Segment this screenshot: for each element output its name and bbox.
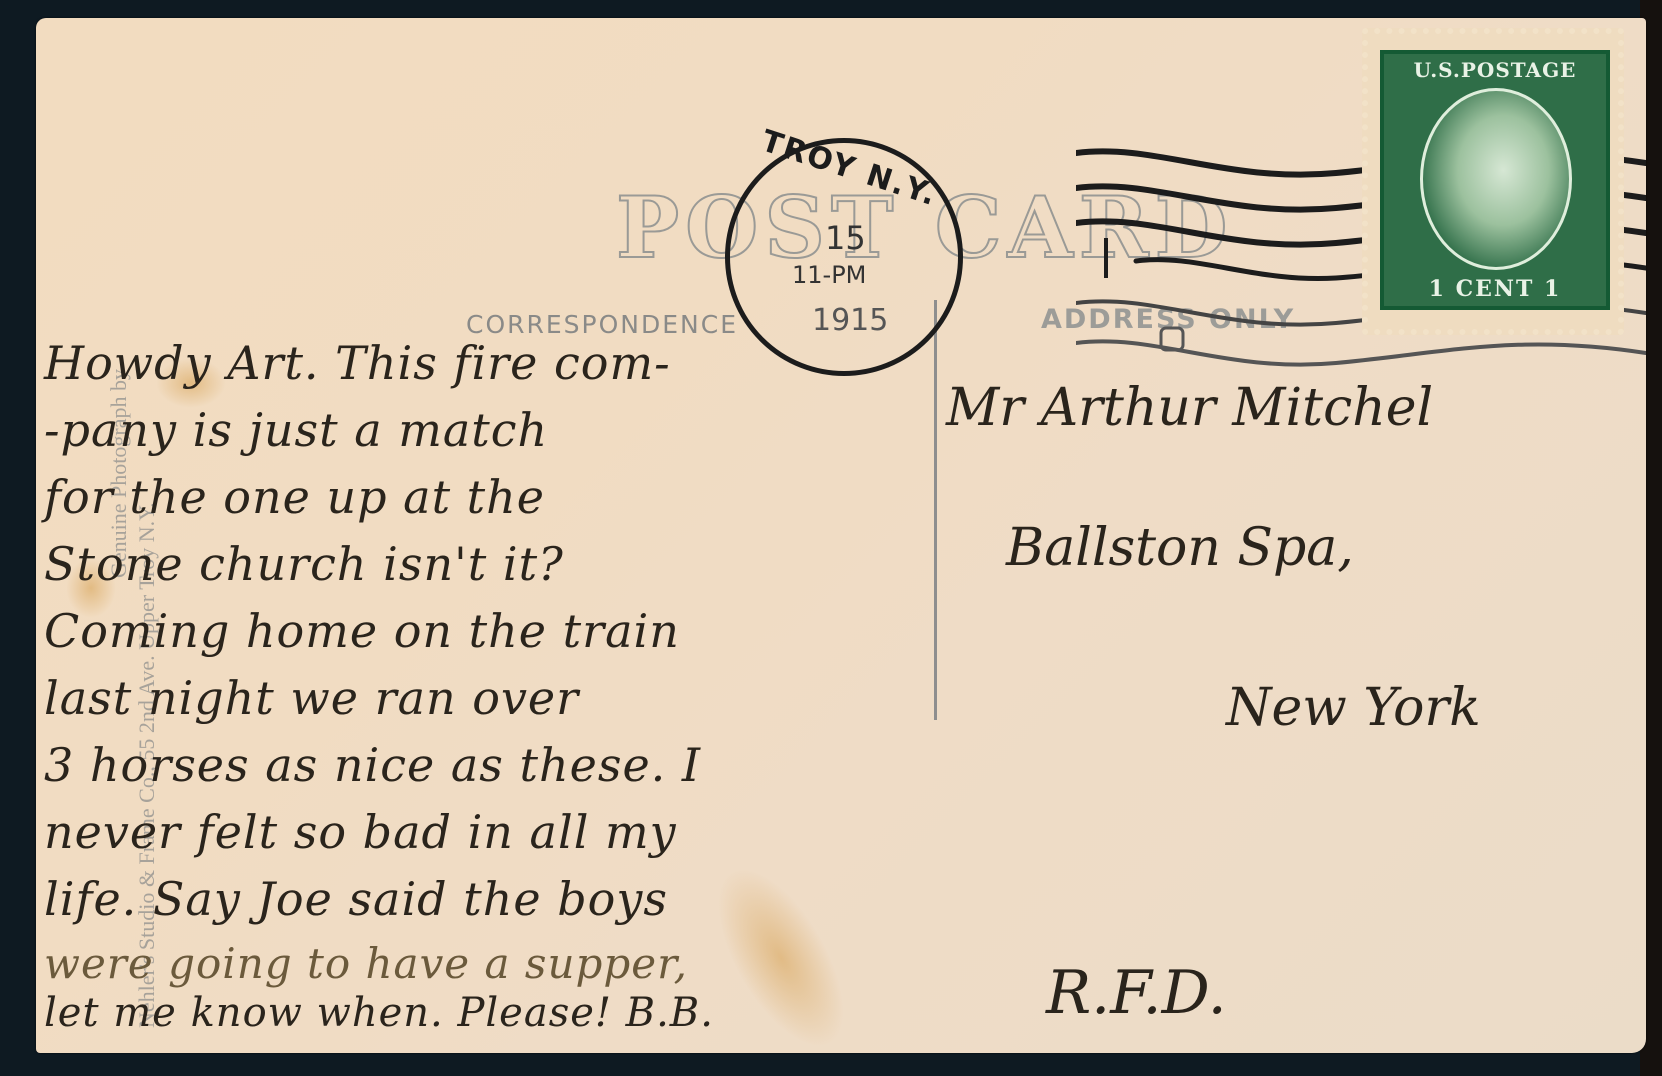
divider-line — [934, 300, 937, 720]
postmark: TROY N.Y. 15 11-PM 1915 — [725, 138, 963, 376]
message-line: never felt so bad in all my — [44, 805, 677, 859]
message-line: were going to have a supper, — [44, 939, 688, 988]
stamp-denomination: 1 CENT 1 — [1384, 276, 1606, 302]
message-line: Howdy Art. This fire com- — [44, 336, 671, 390]
message-line: for the one up at the — [44, 470, 545, 524]
postmark-day: 15 — [825, 219, 866, 257]
stamp-top-text: U.S.POSTAGE — [1384, 58, 1606, 82]
washington-portrait-icon — [1420, 88, 1572, 270]
message-line: life. Say Joe said the boys — [44, 872, 668, 926]
recipient-name: Mr Arthur Mitchel — [946, 378, 1433, 438]
postmark-time: 11-PM — [792, 261, 866, 289]
postcard: POST CARD CORRESPONDENCE ADDRESS ONLY Ge… — [36, 18, 1646, 1053]
message-line: -pany is just a match — [44, 403, 548, 457]
message-line: Stone church isn't it? — [44, 537, 564, 591]
recipient-city: Ballston Spa, — [1006, 518, 1354, 578]
stain — [692, 849, 870, 1053]
recipient-state: New York — [1226, 678, 1481, 738]
message-line: let me know when. Please! B.B. — [44, 990, 714, 1036]
postmark-city: TROY N.Y. — [757, 124, 942, 214]
postmark-year: 1915 — [812, 303, 888, 338]
correspondence-label: CORRESPONDENCE — [466, 310, 738, 339]
postage-stamp: U.S.POSTAGE 1 CENT 1 — [1362, 28, 1624, 335]
message-line: Coming home on the train — [44, 604, 680, 658]
stamp-engraving: U.S.POSTAGE 1 CENT 1 — [1380, 50, 1610, 310]
message-line: last night we ran over — [44, 671, 579, 725]
message-line: 3 horses as nice as these. I — [44, 738, 701, 792]
recipient-route: R.F.D. — [1046, 958, 1227, 1028]
